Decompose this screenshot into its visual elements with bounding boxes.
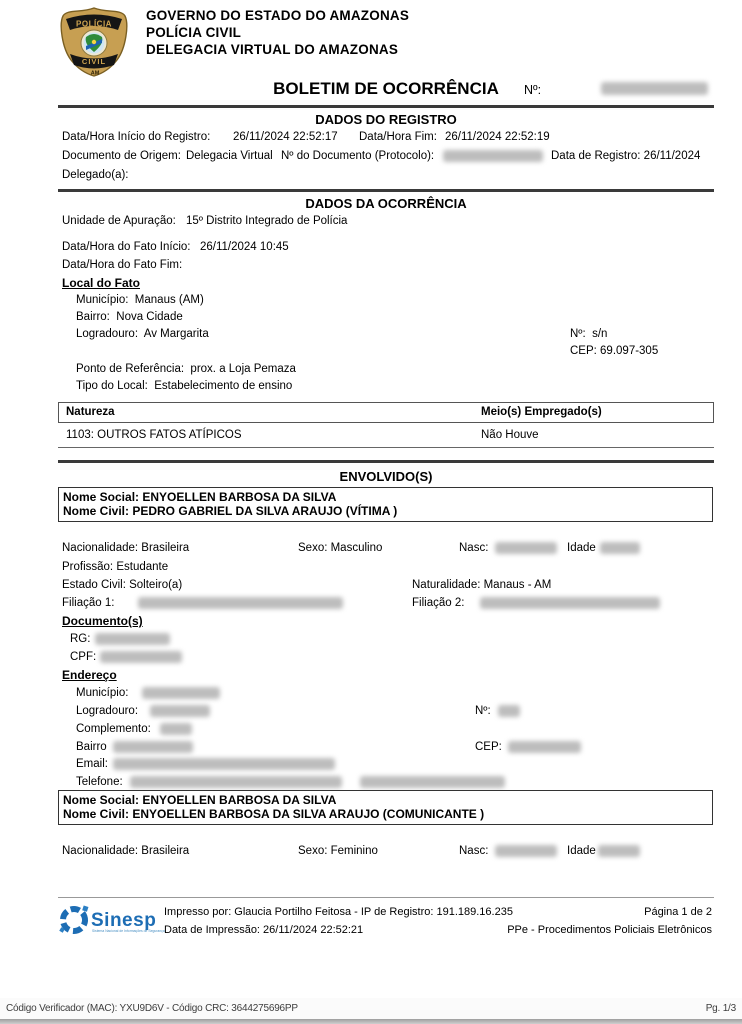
page-indicator: Pg. 1/3 <box>706 1003 736 1014</box>
local-numero: Nº: s/n <box>570 327 607 341</box>
svg-text:AM: AM <box>91 71 100 77</box>
registro-delegado-label: Delegado(a): <box>62 168 128 182</box>
section-divider <box>58 189 714 192</box>
redacted-value <box>601 82 708 95</box>
redacted-value <box>130 776 342 788</box>
envolvido1-nacionalidade: Nacionalidade: Brasileira <box>62 541 189 555</box>
page-bottom-edge <box>0 1019 742 1024</box>
endereco-email-label: Email: <box>76 757 108 771</box>
redacted-value <box>160 723 192 735</box>
footer-impresso-por: Impresso por: Glaucia Portilho Feitosa -… <box>164 905 513 919</box>
endereco-municipio-label: Município: <box>76 686 128 700</box>
fato-fim-label: Data/Hora do Fato Fim: <box>62 258 182 272</box>
endereco-bairro-label: Bairro <box>76 740 107 754</box>
natureza-header-box <box>58 402 714 423</box>
redacted-value <box>95 633 170 645</box>
svg-text:CIVIL: CIVIL <box>82 57 106 66</box>
envolvido1-filiacao2-label: Filiação 2: <box>412 596 464 610</box>
envolvido2-nasc-label: Nasc: <box>459 844 488 858</box>
natureza-col2-header: Meio(s) Empregado(s) <box>481 405 602 419</box>
unidade-label: Unidade de Apuração: <box>62 214 176 228</box>
registro-inicio-label: Data/Hora Início do Registro: <box>62 130 210 144</box>
cpf-label: CPF: <box>70 650 96 664</box>
redacted-value <box>113 758 335 770</box>
documentos-header: Documento(s) <box>62 614 143 628</box>
envolvido1-sexo: Sexo: Masculino <box>298 541 382 555</box>
section-title-envolvidos: ENVOLVIDO(S) <box>58 469 714 484</box>
policia-civil-badge-icon: POLÍCIA CIVIL AM <box>55 6 133 78</box>
fato-inicio-label: Data/Hora do Fato Início: <box>62 240 190 254</box>
registro-origem-label: Documento de Origem: <box>62 149 181 163</box>
section-divider <box>58 460 714 463</box>
redacted-value <box>150 705 210 717</box>
row-divider <box>58 447 714 448</box>
redacted-value <box>113 741 193 753</box>
natureza-col1-header: Natureza <box>66 405 115 419</box>
envolvido1-naturalidade: Naturalidade: Manaus - AM <box>412 578 551 592</box>
envolvido1-filiacao1-label: Filiação 1: <box>62 596 114 610</box>
redacted-value <box>598 845 640 857</box>
local-cep: CEP: 69.097-305 <box>570 344 658 358</box>
registro-fim-value: 26/11/2024 22:52:19 <box>445 130 550 144</box>
svg-text:POLÍCIA: POLÍCIA <box>76 20 112 29</box>
registro-inicio-value: 26/11/2024 22:52:17 <box>233 130 338 144</box>
redacted-value <box>495 542 557 554</box>
ponto-referencia: Ponto de Referência: prox. a Loja Pemaza <box>76 362 296 376</box>
registro-origem-value: Delegacia Virtual <box>186 149 273 163</box>
redacted-value <box>100 651 182 663</box>
registro-protocolo-label: Nº do Documento (Protocolo): <box>281 149 434 163</box>
natureza-col1-value: 1103: OUTROS FATOS ATÍPICOS <box>66 428 242 442</box>
envolvido1-estado-civil: Estado Civil: Solteiro(a) <box>62 578 182 592</box>
local-bairro: Bairro: Nova Cidade <box>76 310 183 324</box>
unidade-value: 15º Distrito Integrado de Polícia <box>186 214 347 228</box>
org-line-governo: GOVERNO DO ESTADO DO AMAZONAS <box>146 8 409 23</box>
fato-inicio-value: 26/11/2024 10:45 <box>200 240 289 254</box>
boletim-page: POLÍCIA CIVIL AM GOVERNO DO ESTADO DO AM… <box>0 0 742 1024</box>
footer-sistema: PPe - Procedimentos Policiais Eletrônico… <box>507 923 712 937</box>
envolvido2-idade-label: Idade <box>567 844 596 858</box>
codigo-verificador: Código Verificador (MAC): YXU9D6V - Códi… <box>6 1003 298 1014</box>
sinesp-logo-icon: Sinesp Sistema Nacional de Informações d… <box>58 902 166 942</box>
envolvido1-profissao: Profissão: Estudante <box>62 560 168 574</box>
redacted-value <box>498 705 520 717</box>
footer-data-impressao: Data de Impressão: 26/11/2024 22:52:21 <box>164 923 363 937</box>
tipo-local: Tipo do Local: Estabelecimento de ensino <box>76 379 292 393</box>
envolvido2-nacionalidade: Nacionalidade: Brasileira <box>62 844 189 858</box>
envolvido1-nasc-label: Nasc: <box>459 541 488 555</box>
endereco-telefone-label: Telefone: <box>76 775 123 789</box>
registro-fim-label: Data/Hora Fim: <box>359 130 437 144</box>
redacted-value <box>480 597 660 609</box>
svg-text:Sinesp: Sinesp <box>91 910 156 931</box>
envolvido1-nome-civil: Nome Civil: PEDRO GABRIEL DA SILVA ARAUJ… <box>63 504 397 518</box>
envolvido1-nome-social: Nome Social: ENYOELLEN BARBOSA DA SILVA <box>63 490 336 504</box>
rg-label: RG: <box>70 632 90 646</box>
registro-data-registro: Data de Registro: 26/11/2024 <box>551 149 700 163</box>
svg-text:Sistema Nacional de Informaçõe: Sistema Nacional de Informações de Segur… <box>92 929 166 933</box>
footer-pagina: Página 1 de 2 <box>644 905 712 919</box>
endereco-logradouro-label: Logradouro: <box>76 704 138 718</box>
endereco-complemento-label: Complemento: <box>76 722 151 736</box>
footer-divider <box>58 897 714 898</box>
local-logradouro: Logradouro: Av Margarita <box>76 327 209 341</box>
envolvido1-idade-label: Idade <box>567 541 596 555</box>
local-municipio: Município: Manaus (AM) <box>76 293 204 307</box>
envolvido2-nome-social: Nome Social: ENYOELLEN BARBOSA DA SILVA <box>63 793 336 807</box>
envolvido2-nome-civil: Nome Civil: ENYOELLEN BARBOSA DA SILVA A… <box>63 807 484 821</box>
endereco-cep-label: CEP: <box>475 740 502 754</box>
document-number-label: Nº: <box>524 83 541 97</box>
redacted-value <box>600 542 640 554</box>
redacted-value <box>508 741 581 753</box>
section-divider <box>58 105 714 108</box>
redacted-value <box>138 597 343 609</box>
redacted-value <box>360 776 505 788</box>
redacted-value <box>142 687 220 699</box>
local-do-fato-header: Local do Fato <box>62 276 140 290</box>
redacted-value <box>443 150 543 162</box>
org-line-policia: POLÍCIA CIVIL <box>146 25 241 40</box>
endereco-numero-label: Nº: <box>475 704 491 718</box>
section-title-ocorrencia: DADOS DA OCORRÊNCIA <box>58 196 714 211</box>
redacted-value <box>495 845 557 857</box>
envolvido2-sexo: Sexo: Feminino <box>298 844 378 858</box>
section-title-registro: DADOS DO REGISTRO <box>58 112 714 127</box>
org-line-delegacia: DELEGACIA VIRTUAL DO AMAZONAS <box>146 42 398 57</box>
natureza-col2-value: Não Houve <box>481 428 539 442</box>
endereco-header: Endereço <box>62 668 117 682</box>
